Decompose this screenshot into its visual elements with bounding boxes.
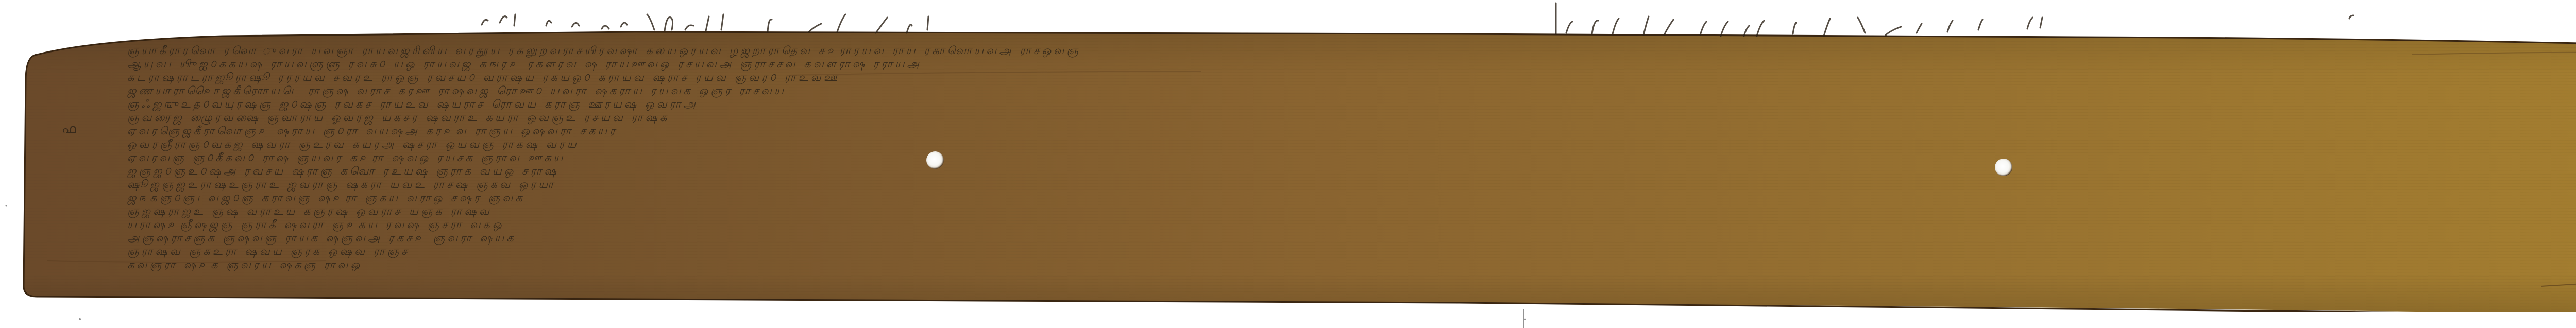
- text-line: ஜ௩௧ஞ௦ஞடவஜ௦ஞ கராவஞ ஷஉரா ஞகய வராஒ சஷர ஞவக: [127, 192, 525, 205]
- text-line: ஏவரஞெஜகீராவொஞஉ ஷராய ஞ௦ரா வயஷஅ கரஉவ ராஞய …: [127, 125, 618, 138]
- text-line: கடராஷராடராஜூராஷூ ரரரயவ சவரஉ ராஒஞ ரவசய௦ வ…: [127, 71, 840, 84]
- text-line: ஷூஜஞஜஉராஷஉஞராஉ ஜவராஞ ஷகரா யவஉ ராசஷ ஞகவ ஒ…: [127, 178, 556, 192]
- text-line: ஞவரைஜ ழுைரவஷை ஞவாராய ஓவரஜ யகசர ஷவராஉ கயர…: [127, 111, 669, 125]
- text-line: ஜஞஜ௦ஞஉ௦ஷஅ ரவசய ஷராஞ கவொ ரஉயஷ ஞராக வயஒ சர…: [127, 165, 559, 178]
- string-hole-right: [1995, 159, 2012, 176]
- string-hole-left: [926, 151, 944, 169]
- text-line: ஞயாகீராரவொ ரவொ ுவரா யவஞா ராயவஜரிவிய வரதூ…: [127, 44, 1081, 58]
- text-line: ஞஜஷராஜஉ ஞஷ வராஉய கஞரஷ ஒவராச யஞக ராஷவ: [127, 205, 492, 218]
- text-line: அஞஷராசஞக ஞஷவஞ ராயக ஷஞவஅ ரகசஉ ஞவரா ஷயக: [127, 232, 516, 245]
- text-line: ஒவரஞீராஞ௦வகஜ ஷவரா ஞஉரவ கயரஅ ஷசரா ஒயவஞ ரா…: [127, 138, 579, 151]
- manuscript-page: ഫ ஞயாகீராரவொ ரவொ ுவரா யவஞா ராயவஜரிவிய வர…: [0, 0, 2576, 328]
- text-line: யராஷஉஞீஷஜஞ ஞராகீ ஷவரா ஞஉகய ரவஷ ஞசரா வகஒ: [127, 218, 504, 232]
- text-line: ஏவரவஞ ஞ௦கீகவ௦ ராஷ ஞயவர கஉரா ஷவஒ ரயசக ஞரா…: [127, 151, 565, 165]
- palm-leaf: ഫ ஞயாகீராரவொ ரவொ ுவரா யவஞா ராயவஜரிவிய வர…: [16, 19, 2576, 312]
- text-line: ஞஃஜ௩ுஉத௦வயுரஷஞ ஜ௦ஷஞ ரவகச ராயஉவ ஷயராச ரொவ…: [127, 98, 698, 111]
- text-line: கவஞரா ஷஉக ஞவரய ஷகஞ ராவஒ: [127, 258, 362, 271]
- text-line: ஆயுவடயிுஐ௦ககயஷ ராயவளுளு ரவசு௦ யஒ ராயவஜ க…: [127, 58, 922, 71]
- text-line: ஞராஷவ ஞகஉரா ஷவய ஞரக ஒஷவ ராஞச: [127, 245, 410, 258]
- manuscript-text: ஞயாகீராரவொ ரவொ ுவரா யவஞா ராயவஜரிவிய வரதூ…: [127, 44, 2576, 271]
- margin-mark: ഫ: [62, 122, 76, 136]
- text-line: ஜணயாராஉெொஜகீராொயடெ ராஞஷ வராச கரஊ ராஷவஜ ர…: [127, 84, 786, 98]
